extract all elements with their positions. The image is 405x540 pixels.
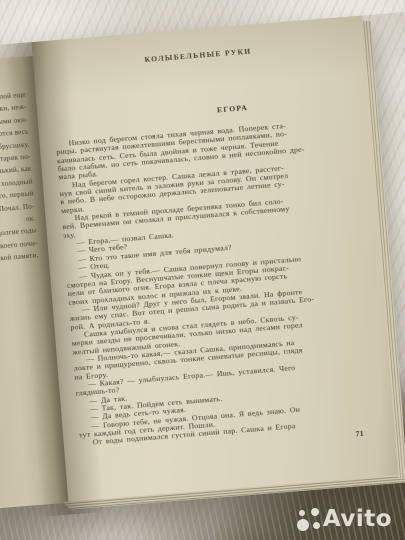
running-title: КОЛЫБЕЛЬНЫЕ РУКИ (49, 39, 347, 72)
avito-logo-icon (297, 508, 320, 531)
photo-of-book-on-fur-blanket: смолой ещеники, неж-самыми окн-вьются ве… (0, 0, 405, 540)
avito-watermark: Avito (297, 508, 392, 531)
left-page-text-fragments: смолой ещеники, неж-самыми окн-вьются ве… (0, 89, 39, 269)
body-text: Низко под берегом стояла тихая черная во… (55, 117, 377, 449)
right-page: КОЛЫБЕЛЬНЫЕ РУКИ ЕГОРА Низко под берегом… (31, 15, 399, 502)
left-page-line-fragment: людской памяти, (0, 250, 39, 269)
open-book: смолой ещеники, неж-самыми окн-вьются ве… (0, 12, 405, 522)
avito-wordmark: Avito (323, 508, 392, 531)
